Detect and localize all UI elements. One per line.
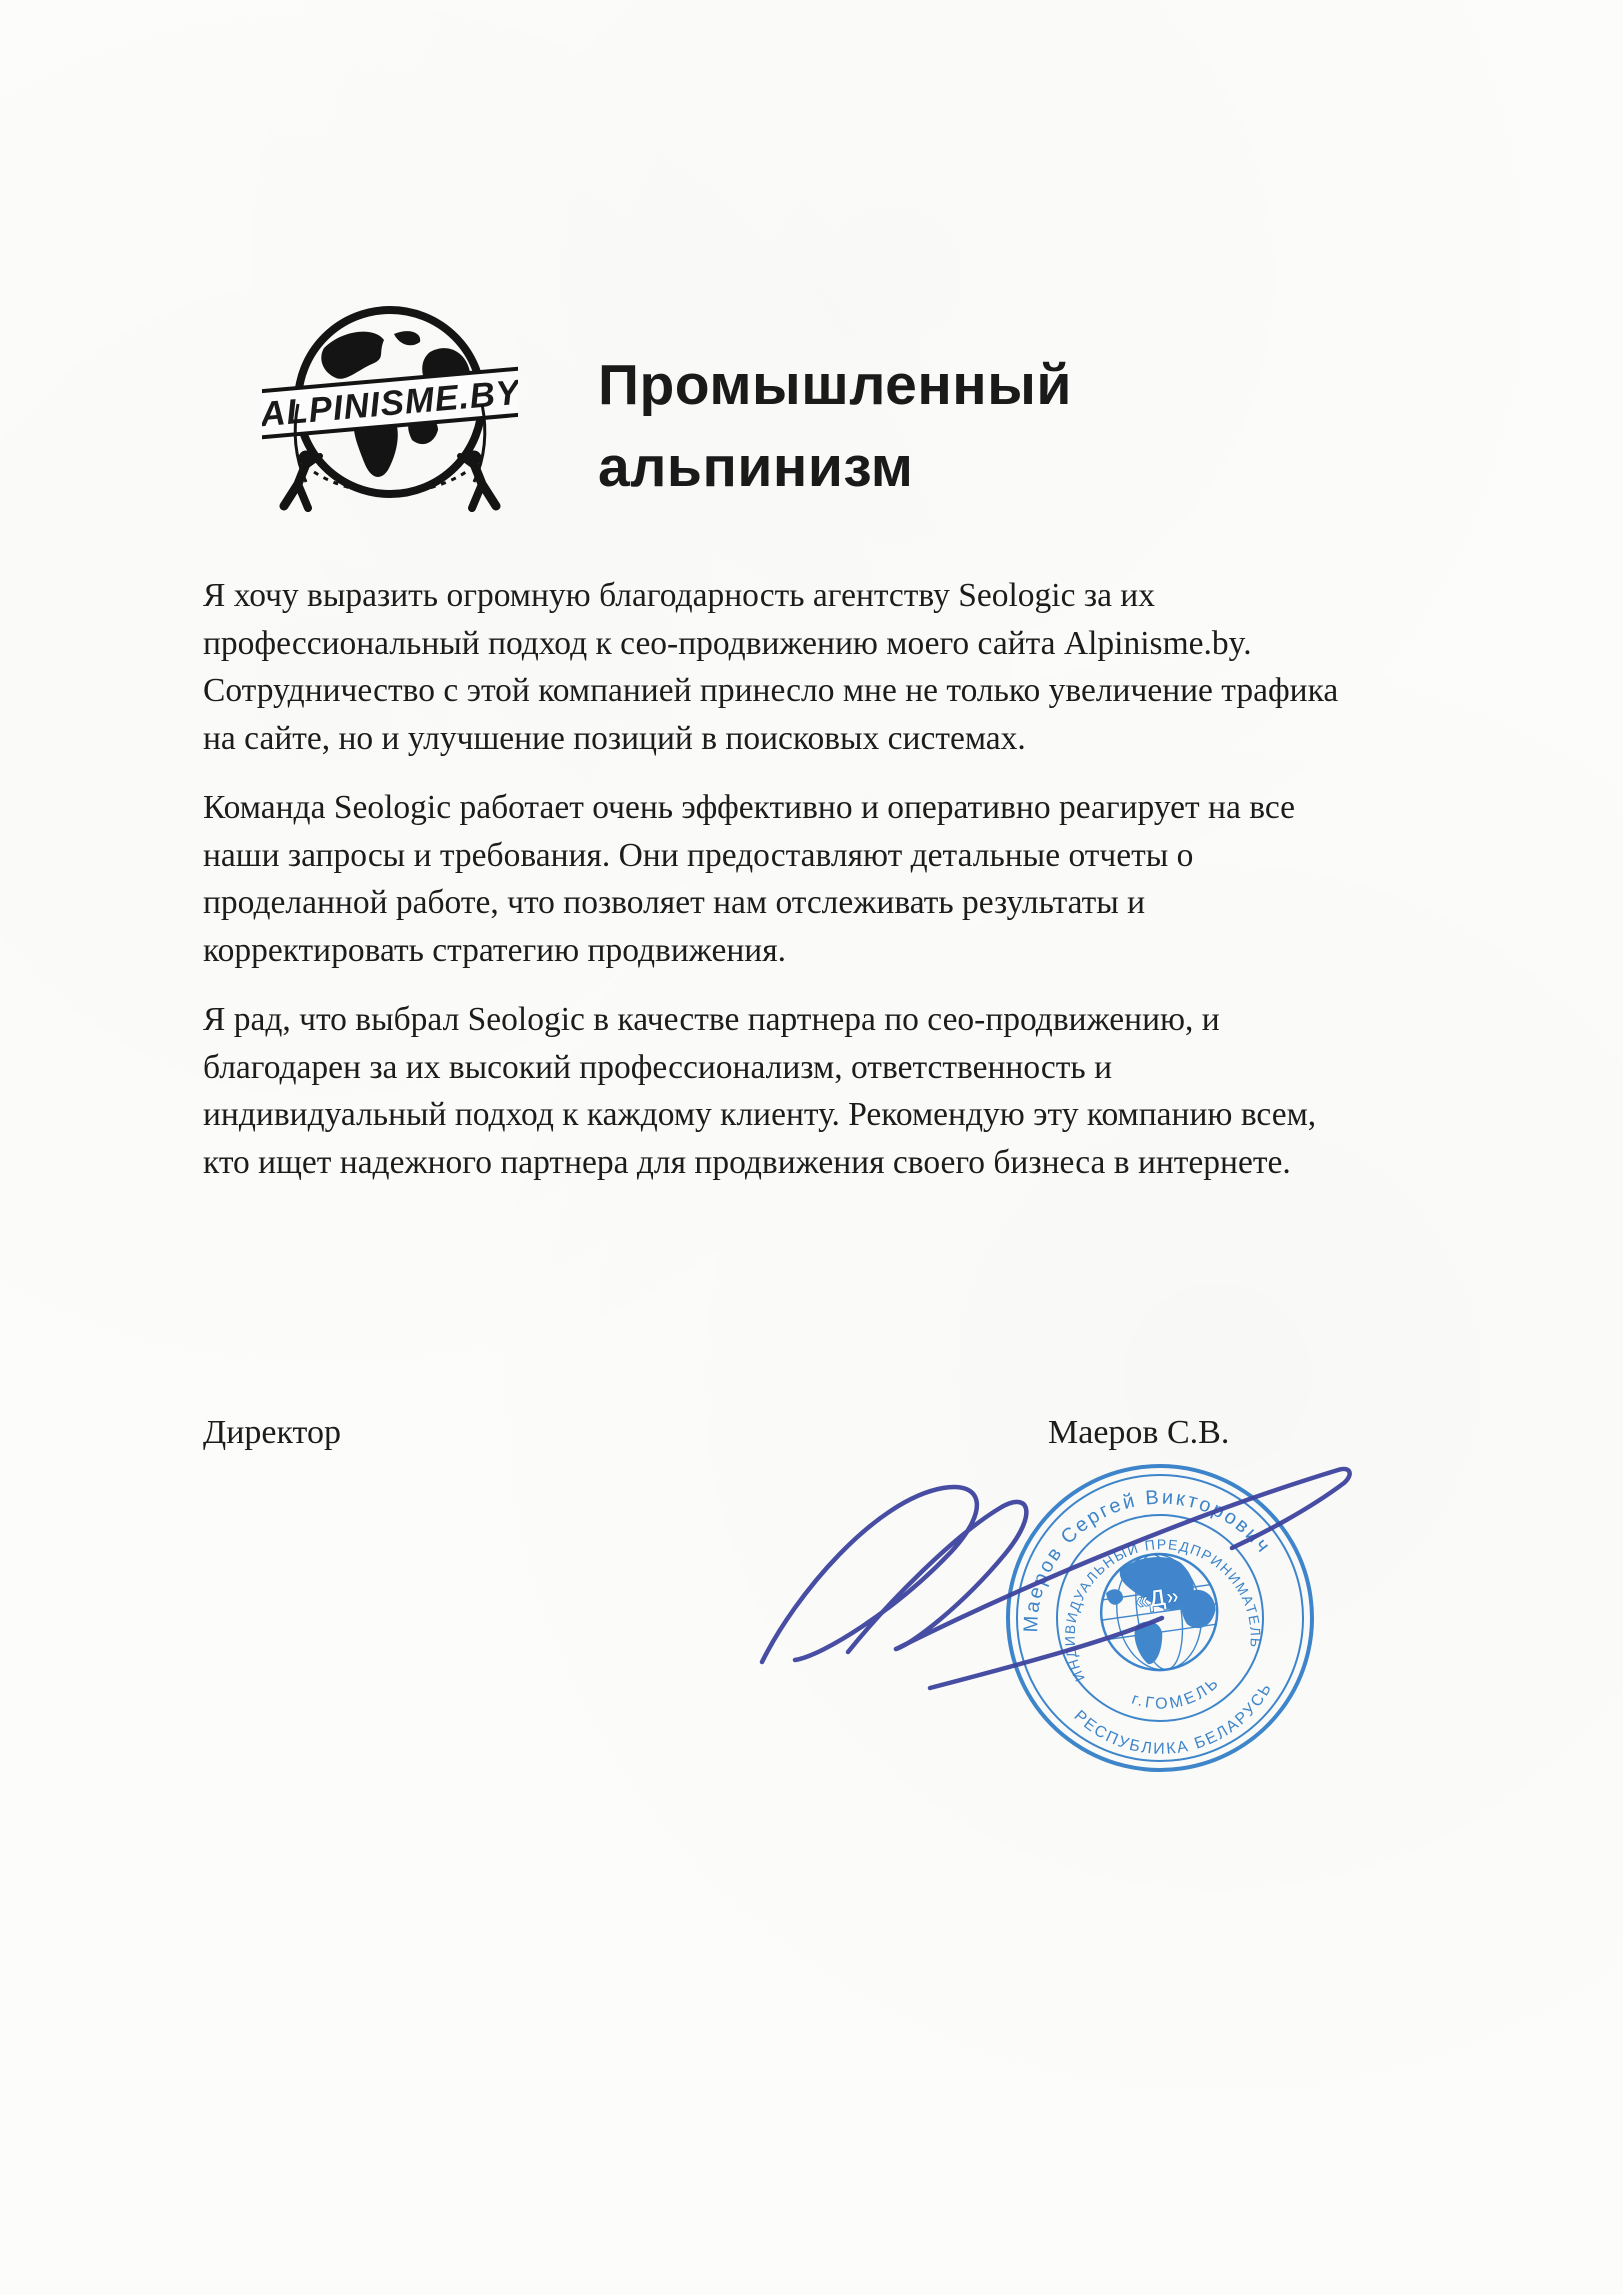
climber-left-silhouette — [284, 451, 320, 508]
paragraph-1-line: профессиональный подход к сео-продвижени… — [203, 620, 1383, 668]
paragraph-2: Команда Seologic работает очень эффектив… — [203, 784, 1383, 974]
paragraph-1-line: на сайте, но и улучшение позиций в поиск… — [203, 715, 1383, 763]
letterhead-title-line2: альпинизм — [598, 426, 1072, 508]
alpinisme-logo: ALPINISME.BY — [262, 300, 518, 536]
letter-page: ALPINISME.BY Промыш — [0, 0, 1623, 2295]
globe-climbers-logo-graphic: ALPINISME.BY — [262, 300, 518, 536]
handwritten-signature — [700, 1430, 1400, 1830]
paragraph-2-line: Команда Seologic работает очень эффектив… — [203, 784, 1383, 832]
paragraph-1-line: Сотрудничество с этой компанией принесло… — [203, 667, 1383, 715]
signer-role: Директор — [203, 1414, 341, 1452]
letterhead-title-line1: Промышленный — [598, 344, 1072, 426]
paragraph-3-line: Я рад, что выбрал Seologic в качестве па… — [203, 996, 1383, 1044]
paragraph-3-line: благодарен за их высокий профессионализм… — [203, 1044, 1383, 1092]
letterhead-title: Промышленный альпинизм — [598, 344, 1072, 508]
paragraph-1: Я хочу выразить огромную благодарность а… — [203, 572, 1383, 762]
paragraph-1-line: Я хочу выразить огромную благодарность а… — [203, 572, 1383, 620]
paragraph-2-line: проделанной работе, что позволяет нам от… — [203, 879, 1383, 927]
paragraph-2-line: наши запросы и требования. Они предостав… — [203, 832, 1383, 880]
paragraph-3-line: индивидуальный подход к каждому клиенту.… — [203, 1091, 1383, 1139]
paragraph-3: Я рад, что выбрал Seologic в качестве па… — [203, 996, 1383, 1186]
climber-right-silhouette — [460, 451, 496, 508]
paragraph-2-line: корректировать стратегию продвижения. — [203, 927, 1383, 975]
paragraph-3-line: кто ищет надежного партнера для продвиже… — [203, 1139, 1383, 1187]
